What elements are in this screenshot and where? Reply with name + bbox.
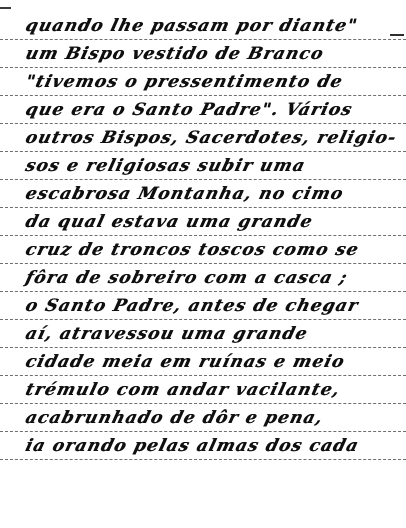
manuscript-text: aí, atravessou uma grande [22,320,311,349]
manuscript-text: quando lhe passam por diante" [22,12,361,41]
manuscript-line: escabrosa Montanha, no cimo [0,180,406,208]
handwritten-manuscript-page: quando lhe passam por diante" um Bispo v… [0,0,406,528]
manuscript-line: quando lhe passam por diante" [0,12,406,40]
manuscript-text: o Santo Padre, antes de chegar [22,292,362,321]
manuscript-line: aí, atravessou uma grande [0,320,406,348]
manuscript-text: sos e religiosas subir uma [22,152,309,181]
manuscript-text: cidade meia em ruínas e meio [22,348,348,377]
manuscript-text: fôra de sobreiro com a casca ; [22,264,351,293]
manuscript-line: da qual estava uma grande [0,208,406,236]
manuscript-line: cruz de troncos toscos como se [0,236,406,264]
manuscript-lines: quando lhe passam por diante" um Bispo v… [0,12,406,460]
manuscript-text: um Bispo vestido de Branco [22,40,327,69]
manuscript-text: da qual estava uma grande [22,208,316,237]
manuscript-text: escabrosa Montanha, no cimo [22,180,347,209]
manuscript-line: fôra de sobreiro com a casca ; [0,264,406,292]
manuscript-line: ia orando pelas almas dos cada [0,432,406,460]
manuscript-line: cidade meia em ruínas e meio [0,348,406,376]
manuscript-text: que era o Santo Padre". Vários [22,96,356,125]
manuscript-line: sos e religiosas subir uma [0,152,406,180]
manuscript-line: acabrunhado de dôr e pena, [0,404,406,432]
manuscript-text: "tivemos o pressentimento de [22,68,346,97]
manuscript-line: que era o Santo Padre". Vários [0,96,406,124]
manuscript-text: cruz de troncos toscos como se [22,236,362,265]
manuscript-line: trémulo com andar vacilante, [0,376,406,404]
manuscript-text: ia orando pelas almas dos cada [22,432,362,461]
manuscript-line: um Bispo vestido de Branco [0,40,406,68]
stray-ruling-mark [0,7,11,9]
manuscript-line: "tivemos o pressentimento de [0,68,406,96]
manuscript-line: o Santo Padre, antes de chegar [0,292,406,320]
manuscript-text: outros Bispos, Sacerdotes, religio- [22,124,400,153]
manuscript-text: trémulo com andar vacilante, [22,376,343,405]
manuscript-line: outros Bispos, Sacerdotes, religio- [0,124,406,152]
manuscript-text: acabrunhado de dôr e pena, [22,404,326,433]
